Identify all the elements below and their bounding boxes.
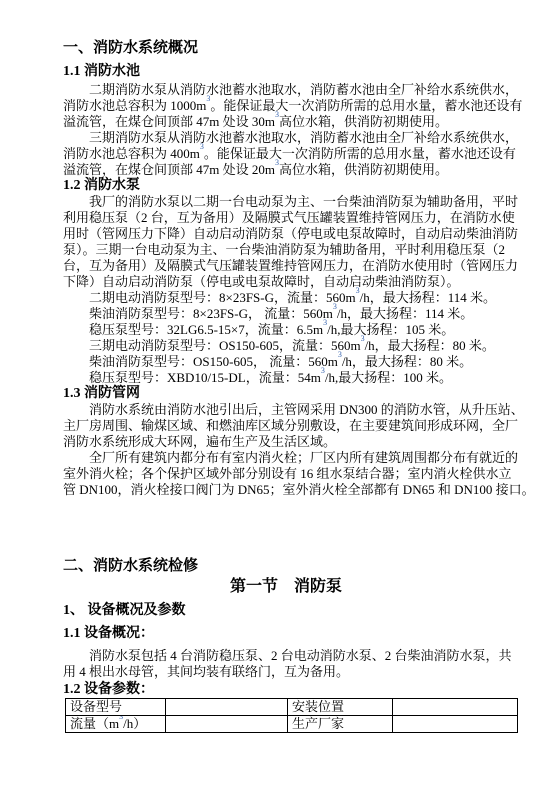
text-line: 利用稳压泵（2 台，互为备用）及隔膜式气压罐装置维持管网压力，在消防水使 (63, 210, 509, 226)
table-row: 流量（m3/h）生产厂家 (66, 716, 518, 733)
text-line: 柴油消防泵型号：8×23FS-G， 流量：560m3/h，最大扬程：114 米。 (63, 306, 509, 322)
text-line: 消防水泵包括 4 台消防稳压泵、2 台电动消防水泵、2 台柴油消防水泵，共 (63, 648, 509, 664)
text-line: 消防水系统由消防水池引出后，主管网采用 DN300 的消防水管，从升压站、 (63, 402, 509, 418)
pump-spec-list: 二期电动消防泵型号：8×23FS-G，流量：560m3/h，最大扬程：114 米… (63, 290, 509, 386)
param-value-cell[interactable] (393, 716, 518, 733)
paragraph-equipment-overview: 消防水泵包括 4 台消防稳压泵、2 台电动消防水泵、2 台柴油消防水泵，共用 4… (63, 648, 509, 680)
text-line: 稳压泵型号：32LG6.5-15×7，流量：6.5m3/h,最大扬程：105 米… (63, 322, 509, 338)
section-heading-overview: 一、消防水系统概况 (63, 40, 509, 56)
table-row: 设备型号安装位置 (66, 699, 518, 716)
superscript-3: 3 (275, 158, 279, 167)
text-line: 下降）自动启动消防泵（停电或电泵故障时，自动启动柴油消防泵）。 (63, 274, 509, 290)
paragraph-pump-operation: 我厂的消防水泵以二期一台电动泵为主、一台柴油消防泵为辅助备用，平时利用稳压泵（2… (63, 194, 509, 290)
text-line: 柴油消防泵型号：OS150-605， 流量：560m3/h，最大扬程：80 米。 (63, 354, 509, 370)
superscript-3: 3 (200, 142, 204, 151)
chapter-title-fire-pump: 第一节 消防泵 (63, 578, 509, 595)
text-line: 全厂所有建筑内都分布有室内消火栓；厂区内所有建筑周围都分布有就近的 (63, 450, 509, 466)
text-line: 消防水池总容积为 400m3。能保证最大一次消防所需的总用水量，蓄水池还设有 (63, 146, 509, 162)
subheading-equipment-params: 1.2 设备参数： (63, 682, 509, 697)
param-label-cell: 设备型号 (66, 699, 166, 716)
superscript-3: 3 (119, 716, 123, 722)
paragraph-pool-phase2: 二期消防水泵从消防水池蓄水池取水，消防蓄水池由全厂补给水系统供水，消防水池总容积… (63, 82, 509, 130)
param-value-cell[interactable] (166, 699, 288, 716)
text-line: 用时（管网压力下降）自动启动消防泵（停电或电泵故障时，自动启动柴油消防 (63, 226, 509, 242)
param-value-cell[interactable] (393, 699, 518, 716)
param-value-cell[interactable] (166, 716, 288, 733)
superscript-3: 3 (275, 110, 279, 119)
superscript-3: 3 (356, 286, 360, 295)
superscript-3: 3 (321, 366, 325, 375)
text-line: 三期消防水泵从消防水池蓄水池取水，消防蓄水池由全厂补给水系统供水， (63, 130, 509, 146)
superscript-3: 3 (338, 350, 342, 359)
text-line: 台，互为备用）及隔膜式气压罐装置维持管网压力，在消防水使用时（管网压力 (63, 258, 509, 274)
paragraph-pool-phase3: 三期消防水泵从消防水池蓄水池取水，消防蓄水池由全厂补给水系统供水，消防水池总容积… (63, 130, 509, 178)
params-table: 设备型号安装位置流量（m3/h）生产厂家 (65, 698, 518, 733)
text-line: 消防水系统形成大环网，遍布生产及生活区域。 (63, 434, 509, 450)
text-line: 二期消防水泵从消防水池蓄水池取水，消防蓄水池由全厂补给水系统供水， (63, 82, 509, 98)
text-line: 管 DN100，消火栓接口阀门为 DN65；室外消火栓全部都有 DN65 和 D… (63, 482, 509, 498)
superscript-3: 3 (206, 94, 210, 103)
text-line: 主厂房周围、输煤区域、和燃油库区域分别敷设，在主要建筑间形成环网，全厂 (63, 418, 509, 434)
superscript-3: 3 (333, 302, 337, 311)
superscript-3: 3 (323, 318, 327, 327)
paragraph-pipe-network: 消防水系统由消防水池引出后，主管网采用 DN300 的消防水管，从升压站、主厂房… (63, 402, 509, 450)
document-page: 一、消防水系统概况 1.1 消防水池 二期消防水泵从消防水池蓄水池取水，消防蓄水… (0, 0, 559, 799)
text-line: 我厂的消防水泵以二期一台电动泵为主、一台柴油消防泵为辅助备用，平时 (63, 194, 509, 210)
paragraph-hydrants: 全厂所有建筑内都分布有室内消火栓；厂区内所有建筑周围都分布有就近的室外消火栓；各… (63, 450, 509, 498)
text-line: 二期电动消防泵型号：8×23FS-G，流量：560m3/h，最大扬程：114 米… (63, 290, 509, 306)
section-heading-repair: 二、消防水系统检修 (63, 558, 509, 574)
text-line: 溢流管，在煤仓间顶部 47m 处设 20m3高位水箱，供消防初期使用。 (63, 162, 509, 178)
text-line: 溢流管，在煤仓间顶部 47m 处设 30m3高位水箱，供消防初期使用。 (63, 114, 509, 130)
param-label-cell: 安装位置 (288, 699, 393, 716)
text-line: 室外消火栓；各个保护区域外部分别设有 16 组水泵结合器；室内消火栓供水立 (63, 466, 509, 482)
text-line: 泵）。三期一台电动泵为主、一台柴油消防泵为辅助备用，平时利用稳压泵（2 (63, 242, 509, 258)
subheading-overview-and-params: 1、 设备概况及参数 (63, 603, 509, 618)
text-line: 消防水池总容积为 1000m3。能保证最大一次消防所需的总用水量，蓄水池还设有 (63, 98, 509, 114)
param-label-cell: 流量（m3/h） (66, 716, 166, 733)
subsection-heading-pipe-network: 1.3 消防管网 (63, 386, 509, 402)
subheading-equipment-overview: 1.1 设备概况： (63, 626, 509, 641)
text-line: 三期电动消防泵型号：OS150-605，流量：560m3/h，最大扬程：80 米… (63, 338, 509, 354)
superscript-3: 3 (361, 334, 365, 343)
subsection-heading-fire-pump: 1.2 消防水泵 (63, 178, 509, 194)
params-table-body: 设备型号安装位置流量（m3/h）生产厂家 (66, 699, 518, 733)
text-line: 稳压泵型号：XBD10/15-DL，流量：54m3/h,最大扬程：100 米。 (63, 370, 509, 386)
param-label-cell: 生产厂家 (288, 716, 393, 733)
text-line: 用 4 根出水母管，其间均装有联络门，互为备用。 (63, 664, 509, 680)
subsection-heading-fire-pool: 1.1 消防水池 (63, 64, 509, 80)
